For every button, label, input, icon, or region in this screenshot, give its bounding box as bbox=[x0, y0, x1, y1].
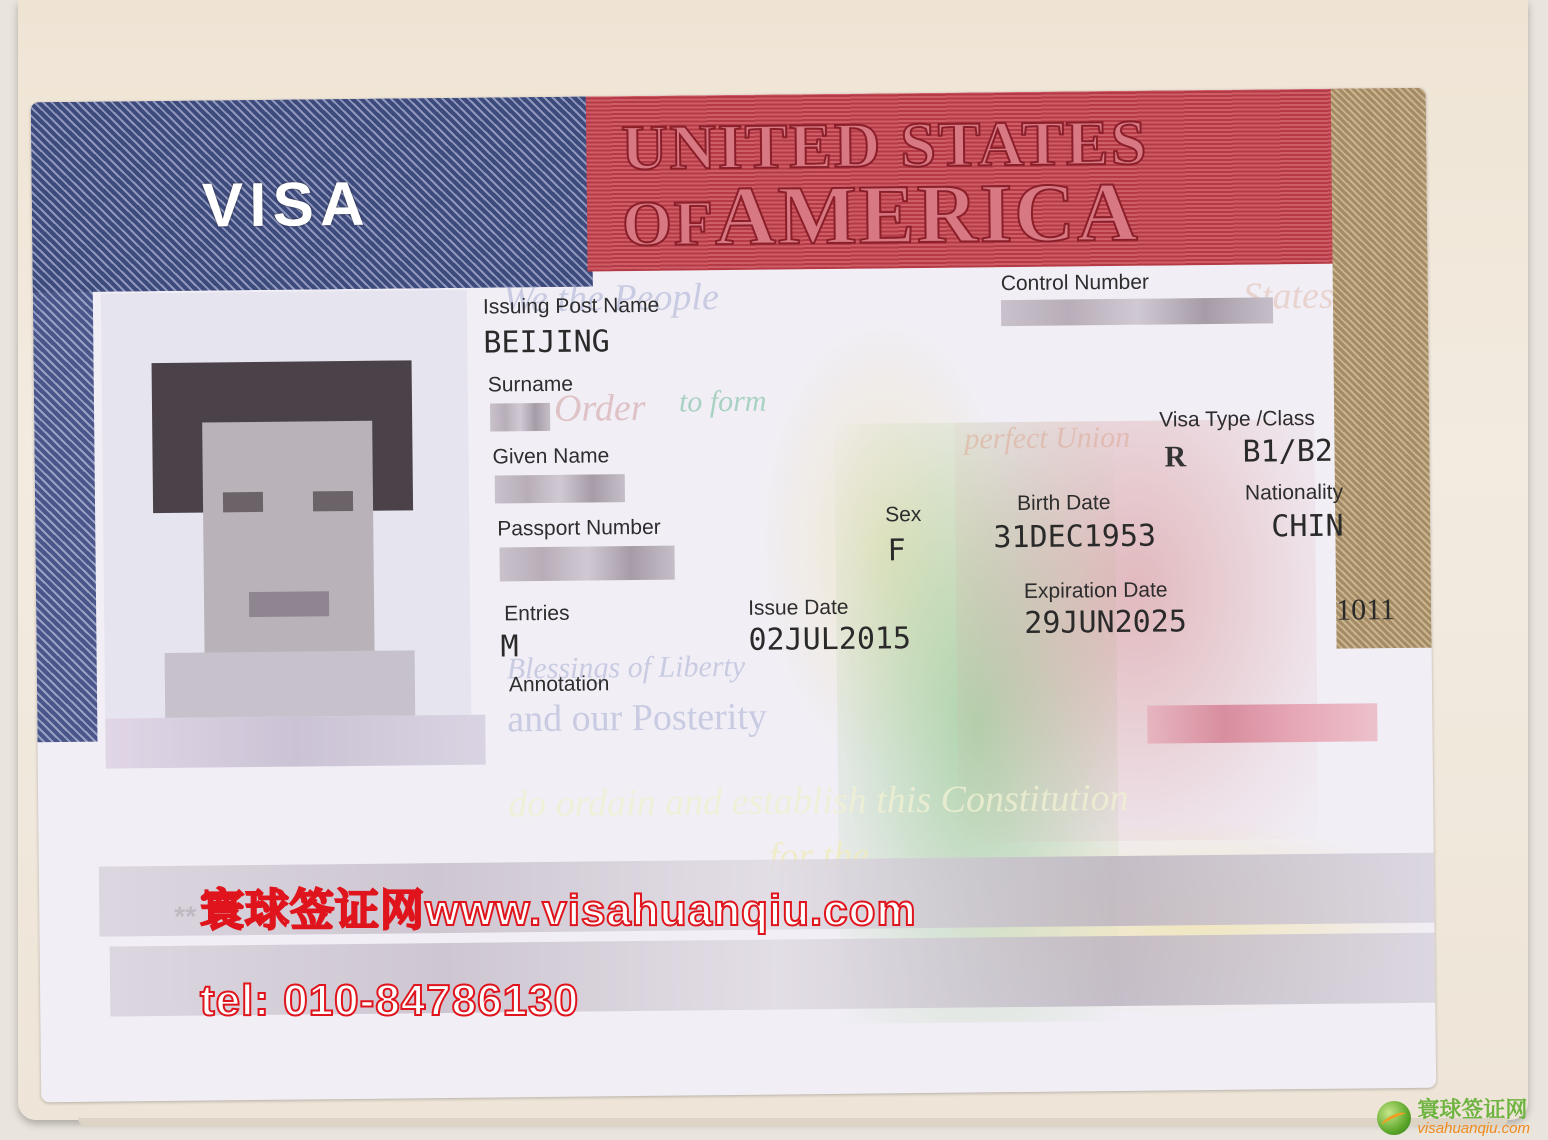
script-posterity: and our Posterity bbox=[507, 695, 767, 742]
issuing-post-label: Issuing Post Name bbox=[483, 294, 659, 320]
redacted-photo-caption bbox=[105, 715, 486, 769]
passport-number-label: Passport Number bbox=[497, 516, 661, 542]
given-name-redacted bbox=[495, 474, 625, 503]
passport-number-redacted bbox=[499, 546, 674, 582]
expiration-date-label: Expiration Date bbox=[1024, 578, 1168, 604]
watermark-phone: tel: 010-84786130 bbox=[200, 976, 579, 1026]
birth-date-label: Birth Date bbox=[1017, 491, 1111, 516]
entries-label: Entries bbox=[504, 602, 570, 627]
tan-guilloche-right bbox=[1331, 88, 1432, 649]
issue-date-value: 02JUL2015 bbox=[748, 621, 911, 658]
page-edge bbox=[78, 1118, 1508, 1126]
applicant-photo-pixelated bbox=[101, 290, 471, 719]
visa-type-label: Visa Type /Class bbox=[1159, 407, 1315, 433]
entries-value: M bbox=[500, 629, 518, 664]
country-line2: OFAMERICA bbox=[622, 171, 1150, 261]
photo-eye-right bbox=[313, 491, 353, 511]
photo-face bbox=[202, 421, 375, 663]
logo-name: 寰球签证网 bbox=[1417, 1099, 1530, 1121]
logo-url: visahuanqiu.com bbox=[1417, 1121, 1530, 1136]
script-perfect-union: perfect Union bbox=[964, 421, 1130, 457]
expiration-date-value: 29JUN2025 bbox=[1024, 604, 1187, 641]
visa-foil: VISA UNITED STATES OFAMERICA We the Peop… bbox=[31, 88, 1436, 1103]
nationality-label: Nationality bbox=[1245, 481, 1343, 506]
annotation-redacted-pink bbox=[1147, 703, 1377, 743]
country-line2-main: AMERICA bbox=[714, 166, 1140, 263]
country-title: UNITED STATES OFAMERICA bbox=[621, 111, 1149, 261]
globe-icon bbox=[1377, 1101, 1411, 1135]
country-line2-prefix: OF bbox=[622, 187, 716, 259]
issuing-post-value: BEIJING bbox=[483, 324, 610, 360]
surname-redacted bbox=[490, 403, 550, 432]
nationality-value: CHIN bbox=[1271, 509, 1344, 545]
serial-number-value: 1011 bbox=[1336, 593, 1395, 628]
control-number-label: Control Number bbox=[1001, 271, 1149, 297]
photo-mouth bbox=[249, 591, 329, 617]
script-to-form: to form bbox=[679, 385, 767, 420]
photo-shoulders bbox=[165, 650, 416, 718]
visa-class-value: B1/B2 bbox=[1242, 434, 1333, 470]
annotation-label: Annotation bbox=[509, 672, 610, 697]
issue-date-label: Issue Date bbox=[748, 596, 849, 621]
script-ordain: do ordain and establish this Constitutio… bbox=[508, 776, 1129, 826]
site-logo: 寰球签证网 visahuanqiu.com bbox=[1377, 1099, 1530, 1136]
surname-label: Surname bbox=[488, 373, 573, 398]
sex-label: Sex bbox=[885, 503, 921, 527]
control-number-redacted bbox=[1001, 297, 1273, 326]
birth-date-value: 31DEC1953 bbox=[993, 519, 1156, 556]
given-name-label: Given Name bbox=[492, 444, 609, 469]
visa-header-word: VISA bbox=[202, 169, 371, 242]
watermark-website: 寰球签证网www.visahuanqiu.com bbox=[200, 874, 917, 938]
visa-type-value: R bbox=[1164, 440, 1186, 474]
sex-value: F bbox=[887, 533, 905, 568]
photo-eye-left bbox=[223, 492, 263, 512]
